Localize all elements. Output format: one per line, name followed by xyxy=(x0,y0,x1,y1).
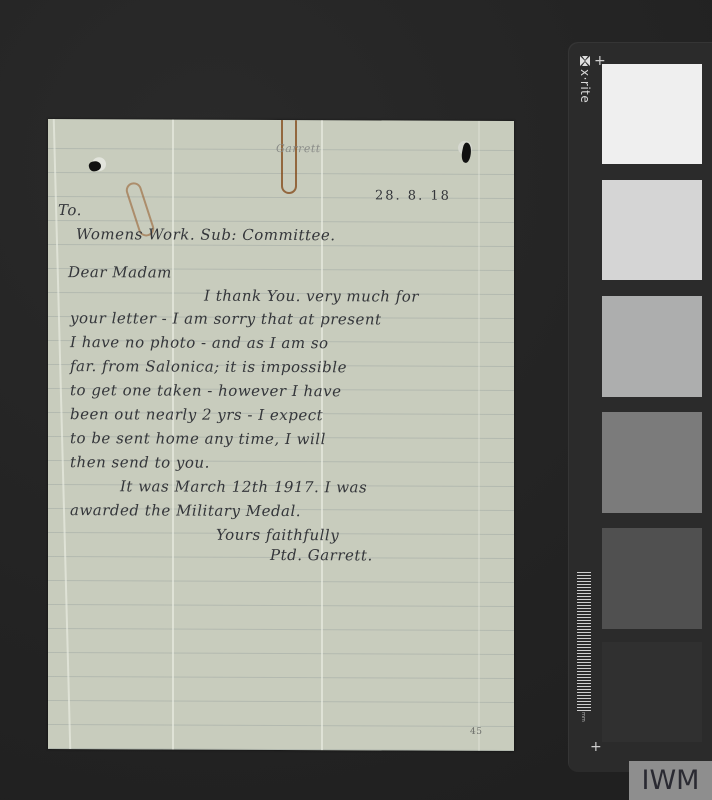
crosshair-icon: + xyxy=(590,740,602,754)
body-line: far. from Salonica; it is impossible xyxy=(70,357,347,376)
body-line: It was March 12th 1917. I was xyxy=(120,477,367,496)
punch-hole-icon xyxy=(92,157,106,171)
body-line: your letter - I am sorry that at present xyxy=(70,309,382,328)
fold-line xyxy=(478,121,480,751)
letter-date: 28. 8. 18 xyxy=(375,188,451,203)
xrite-logo-icon xyxy=(580,56,590,66)
iwm-watermark: IWM xyxy=(629,761,712,800)
body-line: to be sent home any time, I will xyxy=(70,429,326,448)
addressee: Womens Work. Sub: Committee. xyxy=(76,225,336,244)
signature: Ptd. Garrett. xyxy=(270,546,373,564)
paperclip-rust-mark-icon xyxy=(281,120,297,194)
ruler-unit-label: mm xyxy=(580,712,586,722)
salutation-to: To. xyxy=(58,201,82,219)
gray-patch-white xyxy=(602,64,702,164)
body-line: to get one taken - however I have xyxy=(70,381,342,400)
closing: Yours faithfully xyxy=(216,526,339,545)
greeting: Dear Madam xyxy=(68,263,172,281)
body-line: been out nearly 2 yrs - I expect xyxy=(70,405,323,424)
card-brand: x·rite xyxy=(578,69,592,103)
gray-patch-dark xyxy=(602,528,702,629)
body-line: I have no photo - and as I am so xyxy=(70,333,329,352)
mm-ruler xyxy=(577,572,591,712)
body-line: I thank You. very much for xyxy=(204,287,419,306)
pencil-archive-note: Garrett xyxy=(276,142,321,155)
body-line: awarded the Military Medal. xyxy=(70,501,301,520)
letter-sheet: Garrett 28. 8. 18 To. Womens Work. Sub: … xyxy=(48,119,514,751)
punch-hole-icon xyxy=(458,141,472,155)
body-line: then send to you. xyxy=(70,453,210,472)
page-number: 45 xyxy=(470,727,482,737)
gray-patch-light xyxy=(602,180,702,280)
color-checker-card: x·rite + mm + xyxy=(568,42,712,772)
gray-patch-near-black xyxy=(602,642,702,742)
gray-patch-mid xyxy=(602,412,702,513)
gray-patch-mid-light xyxy=(602,296,702,397)
